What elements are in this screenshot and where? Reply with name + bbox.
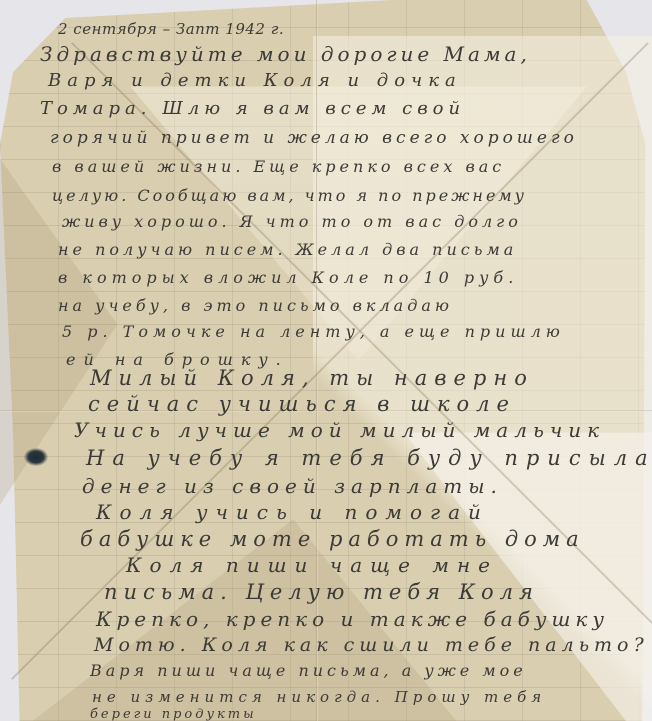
letter-line: в которых вложил Коле по 10 руб. <box>58 268 518 287</box>
letter-line: целую. Сообщаю вам, что я по прежнему <box>52 186 527 205</box>
letter-line: Варя и детки Коля и дочка <box>48 70 462 91</box>
handwritten-letter: 2 сентября – Запт 1942 г. Здравствуйте м… <box>0 0 652 721</box>
letter-line: Учись лучше мой милый мальчик <box>74 418 605 442</box>
letter-line: Коля учись и помогай <box>96 500 489 524</box>
letter-line: в вашей жизни. Еще крепко всех вас <box>52 157 505 176</box>
letter-line: Варя пиши чаще письма, а уже мое <box>90 661 527 680</box>
letter-line: Томара. Шлю я вам всем свой <box>40 98 465 119</box>
letter-line: Здравствуйте мои дорогие Мама, <box>40 42 531 66</box>
letter-line: на учебу, в это письмо вкладаю <box>58 296 453 315</box>
letter-line: береги продукты <box>90 707 257 721</box>
letter-line: живу хорошо. Я что то от вас долго <box>62 212 522 231</box>
letter-line: Крепко, крепко и также бабушку <box>96 607 609 631</box>
letter-line: На учебу я тебя буду присылать <box>86 446 652 470</box>
letter-line: сейчас учишься в школе <box>88 392 516 416</box>
letter-line: не изменится никогда. Прошу тебя <box>92 688 546 706</box>
letter-date: 2 сентября – Запт 1942 г. <box>58 20 284 38</box>
letter-line: 5 р. Томочке на ленту, а еще пришлю <box>62 322 565 341</box>
letter-line: Милый Коля, ты наверно <box>90 366 534 390</box>
letter-line: Мотю. Коля как сшили тебе пальто? <box>94 634 649 656</box>
letter-line: бабушке моте работать дома <box>80 527 585 551</box>
letter-line: письма. Целую тебя Коля <box>104 580 539 604</box>
letter-line: не получаю писем. Желал два письма <box>58 240 517 259</box>
letter-line: Коля пиши чаще мне <box>126 553 498 577</box>
letter-line: денег из своей зарплаты. <box>82 474 503 498</box>
letter-line: горячий привет и желаю всего хорошего <box>50 128 578 148</box>
